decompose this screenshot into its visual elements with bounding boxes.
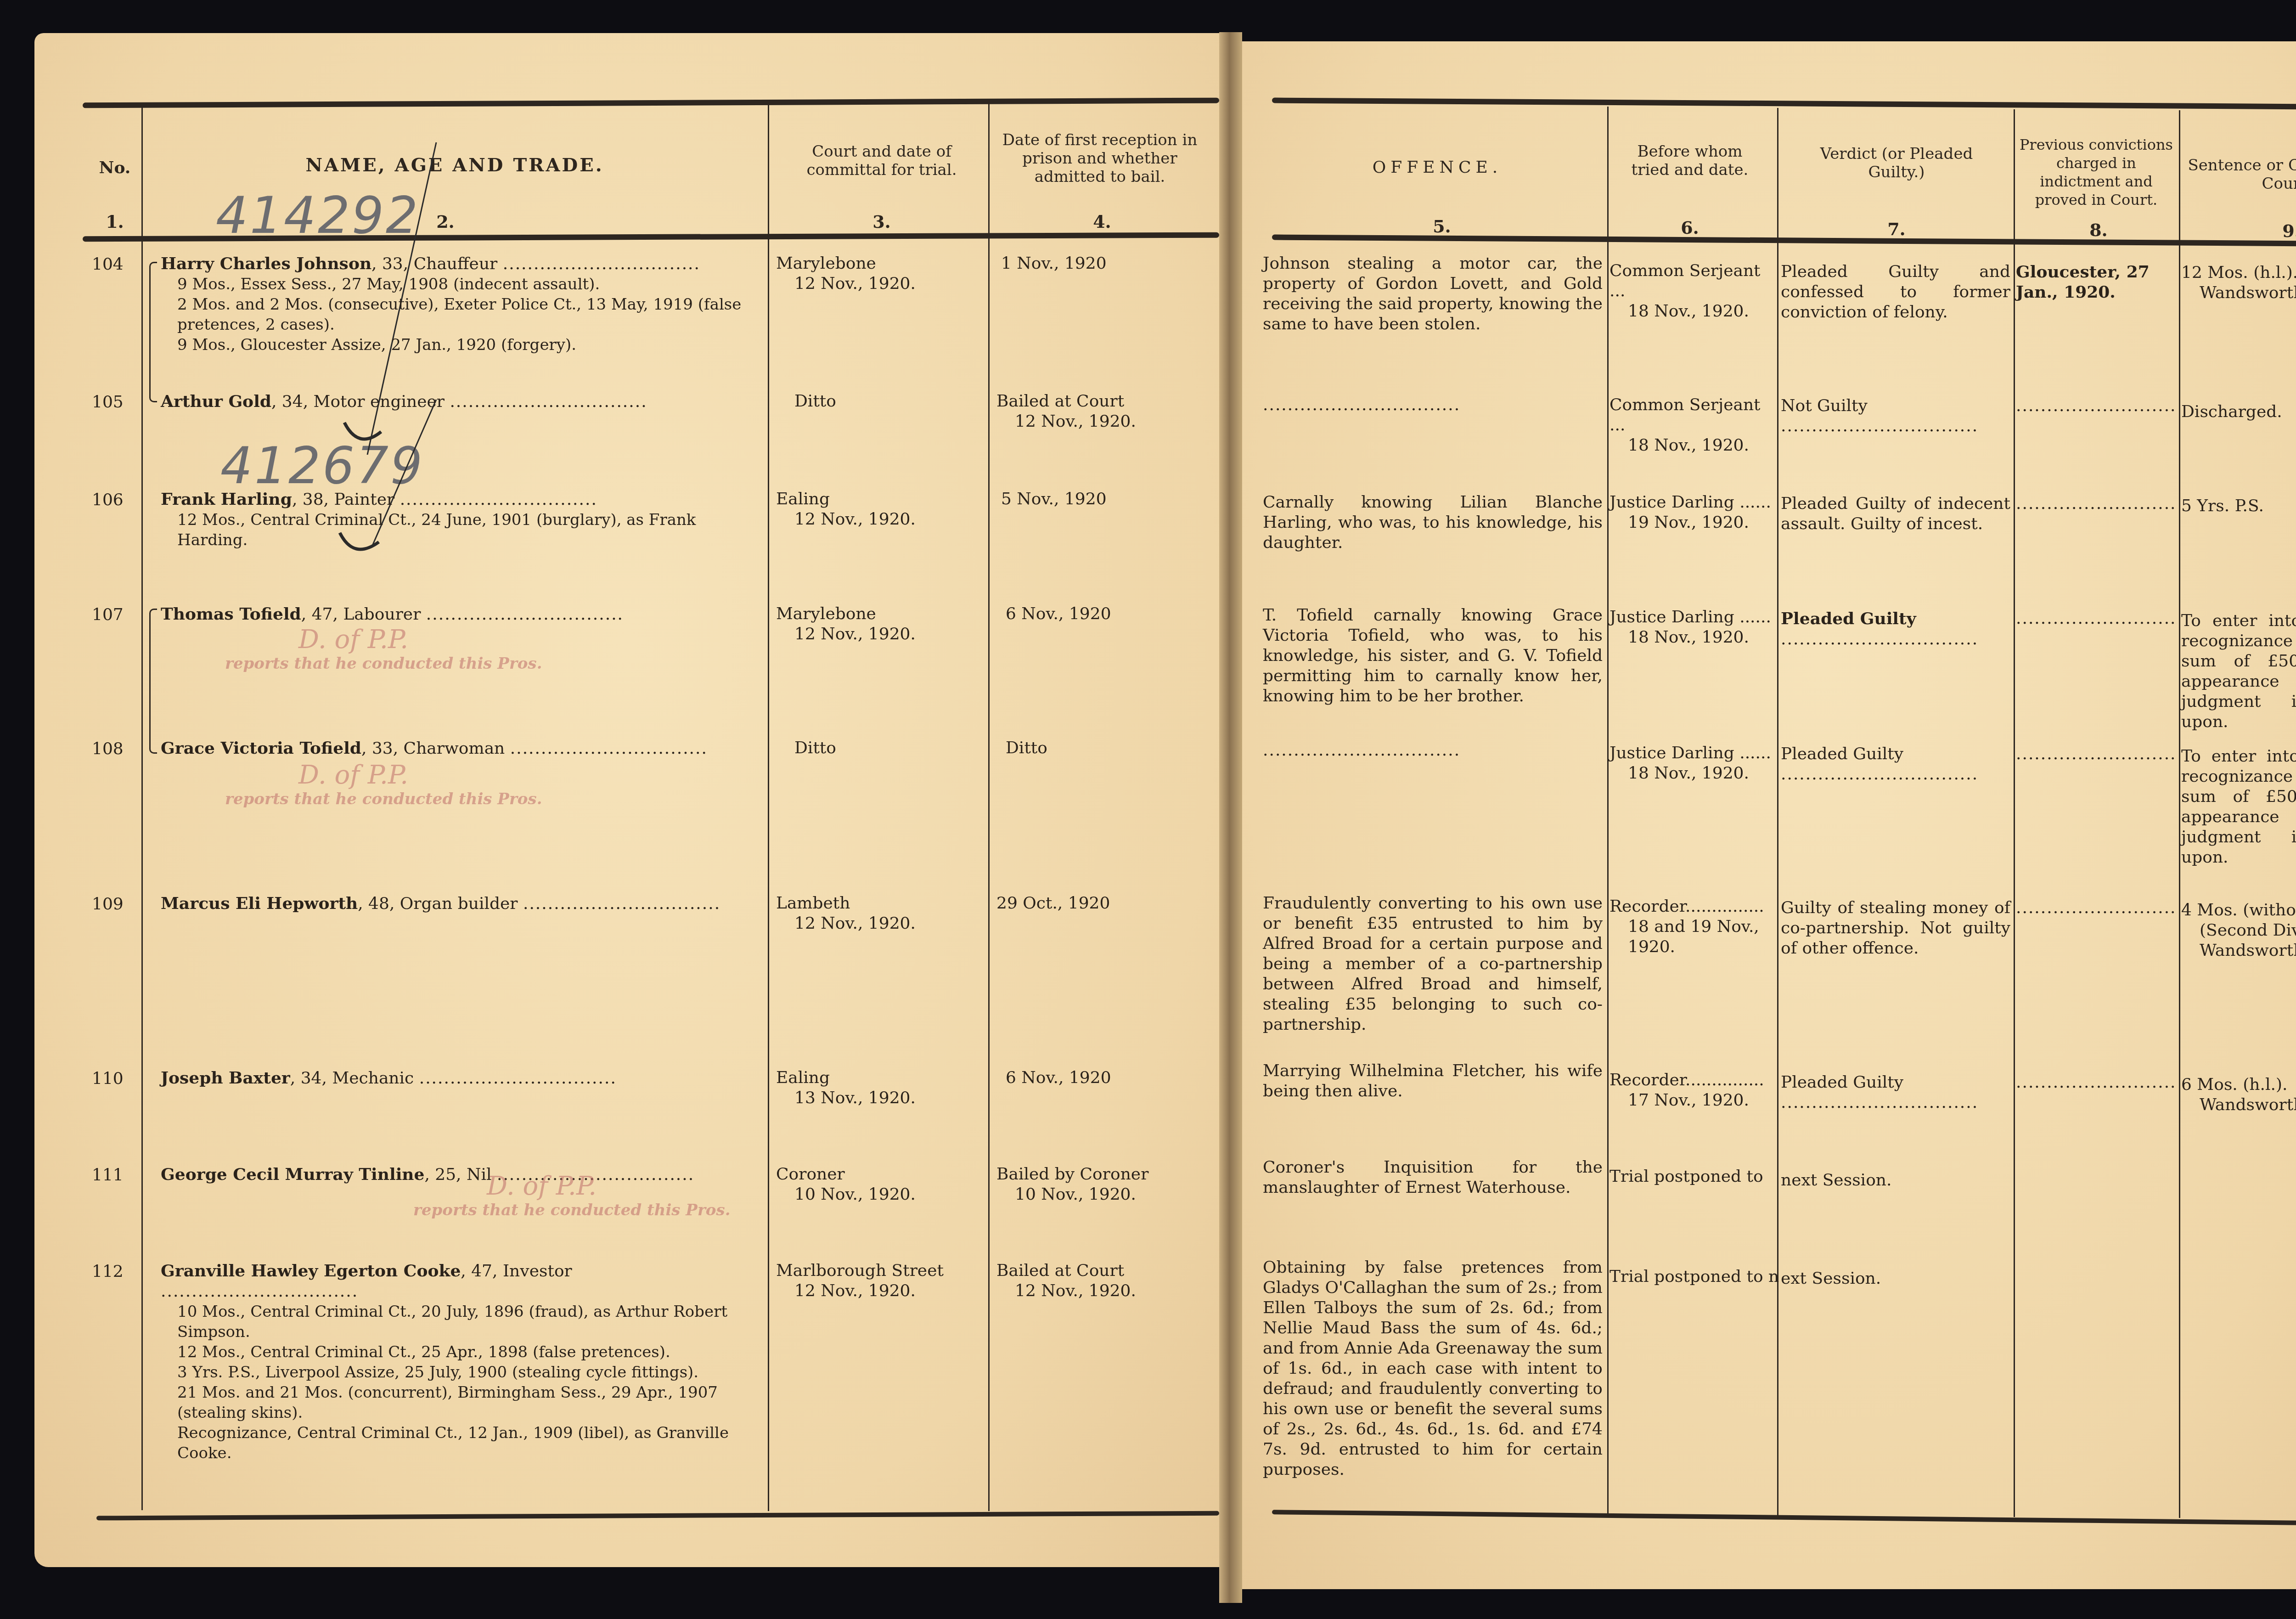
reception-cell: 6 Nov., 1920 bbox=[1006, 604, 1212, 624]
column-number-1: 1. bbox=[96, 211, 133, 232]
court-name: Ditto bbox=[794, 392, 836, 411]
offence-cell: Obtaining by false pretences from Gladys… bbox=[1263, 1258, 1603, 1480]
dpp-stamp: D. of P.P. reports that he conducted thi… bbox=[413, 1171, 730, 1219]
row-number: 106 bbox=[92, 491, 124, 509]
reception-cell: Bailed at Court12 Nov., 1920. bbox=[996, 391, 1212, 432]
committal-date: 12 Nov., 1920. bbox=[776, 1281, 983, 1301]
column-number-8: 8. bbox=[2080, 220, 2117, 240]
verdict-cell: Pleaded Guilty and confessed to former c… bbox=[1781, 262, 2010, 322]
header-name-age-trade: NAME, AGE AND TRADE. bbox=[147, 156, 762, 175]
verdict-cell: Pleaded Guilty of indecent assault. Guil… bbox=[1781, 494, 2010, 534]
committal-date: 12 Nov., 1920. bbox=[776, 914, 983, 934]
dpp-stamp: D. of P.P. reports that he conducted thi… bbox=[225, 760, 542, 808]
header-offence: OFFENCE. bbox=[1277, 158, 1598, 177]
prisoner-age-trade: , 47, Investor bbox=[461, 1262, 572, 1281]
reception-date: 1 Nov., 1920 bbox=[1001, 254, 1107, 273]
previous-conviction: 9 Mos., Essex Sess., 27 May, 1908 (indec… bbox=[161, 274, 762, 294]
prisoner-entry: Thomas Tofield, 47, Labourer ...........… bbox=[161, 604, 762, 625]
prisoner-name: Granville Hawley Egerton Cooke bbox=[161, 1261, 461, 1281]
dot-leader: ................................ bbox=[419, 1069, 617, 1088]
row-number: 105 bbox=[92, 393, 124, 412]
dpp-stamp: D. of P.P. reports that he conducted thi… bbox=[225, 625, 542, 673]
prisoner-entry: Arthur Gold, 34, Motor engineer ........… bbox=[161, 391, 762, 412]
reception-date: 29 Oct., 1920 bbox=[996, 894, 1110, 913]
row-number: 108 bbox=[92, 739, 124, 758]
prisoner-age-trade: , 38, Painter bbox=[292, 490, 394, 509]
prisoner-age-trade: , 33, Charwoman bbox=[361, 739, 505, 758]
column-number-7: 7. bbox=[1878, 219, 1915, 239]
column-number-5: 5. bbox=[1424, 216, 1460, 237]
court-name: Marylebone bbox=[776, 604, 876, 623]
header-reception: Date of first reception in prison and wh… bbox=[996, 131, 1203, 186]
sentence-cell: 6 Mos. (h.l.).Wandsworth Prison. bbox=[2181, 1075, 2296, 1115]
dot-leader: ................................ bbox=[510, 739, 708, 758]
verdict-cell: Pleaded Guilty .........................… bbox=[1781, 609, 2010, 649]
sentence-cell: To enter into his own recognizance in th… bbox=[2181, 611, 2296, 732]
previous-proved-cell: ................................ bbox=[2016, 494, 2177, 514]
prisoner-entry: Harry Charles Johnson, 33, Chauffeur ...… bbox=[161, 254, 762, 355]
bail-date: 12 Nov., 1920. bbox=[996, 412, 1212, 432]
reception-cell: 29 Oct., 1920 bbox=[996, 893, 1212, 914]
committal-date: 10 Nov., 1920. bbox=[776, 1185, 983, 1205]
row-number: 107 bbox=[92, 605, 124, 624]
bail-date: 10 Nov., 1920. bbox=[996, 1185, 1212, 1205]
court-cell: Ditto bbox=[794, 738, 987, 758]
court-cell: Marylebone12 Nov., 1920. bbox=[776, 604, 983, 644]
reception-status: Bailed at Court bbox=[996, 1261, 1124, 1280]
reception-date: Ditto bbox=[1006, 739, 1047, 757]
offence-cell: T. Tofield carnally knowing Grace Victor… bbox=[1263, 605, 1603, 706]
prisoner-age-trade: , 34, Mechanic bbox=[290, 1069, 414, 1088]
reception-date: 5 Nov., 1920 bbox=[1001, 490, 1107, 508]
previous-proved-cell: Gloucester, 27 Jan., 1920. bbox=[2016, 262, 2177, 302]
reception-cell: 5 Nov., 1920 bbox=[1001, 489, 1212, 509]
court-name: Ealing bbox=[776, 1068, 830, 1087]
reception-cell: Bailed at Court12 Nov., 1920. bbox=[996, 1261, 1212, 1301]
before-whom-cell: Common Serjeant ...18 Nov., 1920. bbox=[1609, 395, 1775, 456]
dot-leader: ................................ bbox=[503, 254, 700, 273]
header-before-whom: Before whom tried and date. bbox=[1621, 142, 1759, 179]
verdict-cell: Not Guilty .............................… bbox=[1781, 396, 2010, 436]
dot-leader: ................................ bbox=[523, 894, 720, 913]
reception-cell: 1 Nov., 1920 bbox=[1001, 254, 1212, 274]
verdict-cell: Pleaded Guilty .........................… bbox=[1781, 744, 2010, 784]
offence-cell: Johnson stealing a motor car, the proper… bbox=[1263, 254, 1603, 334]
offence-cell: Marrying Wilhelmina Fletcher, his wife b… bbox=[1263, 1061, 1603, 1101]
row-group-brace bbox=[149, 609, 157, 754]
header-sentence: Sentence or Order of the Court. bbox=[2186, 156, 2296, 193]
prisoner-entry: Grace Victoria Tofield, 33, Charwoman ..… bbox=[161, 738, 762, 759]
previous-conviction: 12 Mos., Central Criminal Ct., 25 Apr., … bbox=[161, 1342, 762, 1362]
reception-cell: Ditto bbox=[1006, 738, 1212, 758]
sentence-cell: To enter into her own recognizance in th… bbox=[2181, 746, 2296, 868]
row-number: 104 bbox=[92, 255, 124, 274]
row-number: 110 bbox=[92, 1069, 124, 1088]
right-col-divider-3 bbox=[2014, 109, 2015, 1517]
left-col-divider-2 bbox=[768, 103, 769, 1511]
court-name: Ditto bbox=[794, 739, 836, 757]
prisoner-entry: Joseph Baxter, 34, Mechanic ............… bbox=[161, 1068, 762, 1089]
before-whom-cell: Justice Darling ......18 Nov., 1920. bbox=[1609, 743, 1775, 784]
previous-conviction: 21 Mos. and 21 Mos. (concurrent), Birmin… bbox=[161, 1382, 762, 1423]
header-previous-convictions: Previous convictions charged in indictme… bbox=[2018, 135, 2174, 209]
sentence-cell: 4 Mos. (without h.l.).(Second Division.)… bbox=[2181, 900, 2296, 961]
prisoner-age-trade: , 48, Organ builder bbox=[358, 894, 518, 913]
court-cell: Ealing12 Nov., 1920. bbox=[776, 489, 983, 530]
prisoner-age-trade: , 47, Labourer bbox=[301, 605, 421, 624]
before-whom-cell: Recorder...............18 and 19 Nov., 1… bbox=[1609, 897, 1775, 957]
bail-date: 12 Nov., 1920. bbox=[996, 1281, 1212, 1301]
prisoner-name: Marcus Eli Hepworth bbox=[161, 894, 358, 913]
column-number-6: 6. bbox=[1671, 217, 1708, 238]
column-number-9: 9. bbox=[2273, 220, 2296, 241]
previous-conviction: 10 Mos., Central Criminal Ct., 20 July, … bbox=[161, 1302, 762, 1342]
dot-leader: ................................ bbox=[450, 392, 647, 411]
before-whom-cell: Trial postponed to n bbox=[1609, 1267, 1779, 1287]
header-no: No. bbox=[92, 158, 138, 177]
court-name: Ealing bbox=[776, 490, 830, 508]
column-number-3: 3. bbox=[863, 211, 900, 232]
committal-date: 12 Nov., 1920. bbox=[776, 509, 983, 530]
verdict-cell: Pleaded Guilty .........................… bbox=[1781, 1072, 2010, 1113]
previous-conviction: 9 Mos., Gloucester Assize, 27 Jan., 1920… bbox=[161, 335, 762, 355]
sentence-cell: 12 Mos. (h.l.).Wandsworth Prison. bbox=[2181, 263, 2296, 303]
reception-cell: 6 Nov., 1920 bbox=[1006, 1068, 1212, 1088]
row-number: 112 bbox=[92, 1262, 124, 1281]
reception-cell: Bailed by Coroner10 Nov., 1920. bbox=[996, 1164, 1212, 1205]
offence-cell-empty: ................................ bbox=[1263, 740, 1603, 761]
dot-leader: ................................ bbox=[400, 490, 597, 509]
prisoner-entry: Frank Harling, 38, Painter .............… bbox=[161, 489, 762, 550]
court-name: Lambeth bbox=[776, 894, 850, 913]
previous-conviction: 3 Yrs. P.S., Liverpool Assize, 25 July, … bbox=[161, 1362, 762, 1382]
column-number-4: 4. bbox=[1084, 211, 1120, 232]
previous-proved-cell: ................................ bbox=[2016, 609, 2177, 629]
committal-date: 12 Nov., 1920. bbox=[776, 274, 983, 294]
previous-proved-cell: ................................ bbox=[2016, 898, 2177, 918]
row-number: 109 bbox=[92, 895, 124, 914]
court-name: Marlborough Street bbox=[776, 1261, 944, 1280]
before-whom-cell: Recorder...............17 Nov., 1920. bbox=[1609, 1070, 1775, 1111]
previous-conviction: 2 Mos. and 2 Mos. (consecutive), Exeter … bbox=[161, 294, 762, 335]
verdict-cell: ext Session. bbox=[1781, 1269, 2010, 1289]
court-cell: Lambeth12 Nov., 1920. bbox=[776, 893, 983, 934]
prisoner-age-trade: , 33, Chauffeur bbox=[371, 254, 497, 273]
court-cell: Ealing13 Nov., 1920. bbox=[776, 1068, 983, 1108]
row-group-brace bbox=[149, 262, 157, 402]
dot-leader: ................................ bbox=[426, 605, 624, 624]
previous-proved-cell: ................................ bbox=[2016, 744, 2177, 764]
dot-leader: ................................ bbox=[161, 1282, 358, 1301]
before-whom-cell: Common Serjeant ...18 Nov., 1920. bbox=[1609, 261, 1775, 322]
prisoner-name: Grace Victoria Tofield bbox=[161, 739, 361, 758]
left-col-divider-1 bbox=[141, 105, 143, 1510]
before-whom-cell: Justice Darling ......19 Nov., 1920. bbox=[1609, 492, 1775, 533]
reception-status: Bailed at Court bbox=[996, 392, 1124, 411]
court-cell: Marlborough Street12 Nov., 1920. bbox=[776, 1261, 983, 1301]
before-whom-cell: Trial postponed to bbox=[1609, 1167, 1775, 1187]
sentence-cell: Discharged. bbox=[2181, 402, 2296, 422]
verdict-cell: next Session. bbox=[1781, 1170, 2010, 1190]
reception-date: 6 Nov., 1920 bbox=[1006, 1068, 1111, 1087]
sentence-cell: 5 Yrs. P.S. bbox=[2181, 496, 2296, 516]
court-cell: Ditto bbox=[794, 391, 987, 412]
left-col-divider-3 bbox=[988, 103, 990, 1511]
right-col-divider-2 bbox=[1777, 108, 1778, 1516]
court-cell: Coroner10 Nov., 1920. bbox=[776, 1164, 983, 1205]
prisoner-name: Harry Charles Johnson bbox=[161, 254, 371, 273]
committal-date: 12 Nov., 1920. bbox=[776, 624, 983, 644]
verdict-cell: Guilty of stealing money of co-partnersh… bbox=[1781, 898, 2010, 959]
prisoner-name: Arthur Gold bbox=[161, 392, 271, 411]
previous-conviction: Recognizance, Central Criminal Ct., 12 J… bbox=[161, 1423, 762, 1463]
prisoner-entry: Marcus Eli Hepworth, 48, Organ builder .… bbox=[161, 893, 762, 914]
prisoner-name: George Cecil Murray Tinline bbox=[161, 1165, 424, 1184]
reception-date: 6 Nov., 1920 bbox=[1006, 604, 1111, 623]
previous-proved-cell: ................................ bbox=[2016, 396, 2177, 416]
offence-cell: Fraudulently converting to his own use o… bbox=[1263, 893, 1603, 1035]
committal-date: 13 Nov., 1920. bbox=[776, 1088, 983, 1108]
offence-cell-empty: ................................ bbox=[1263, 395, 1603, 415]
reception-status: Bailed by Coroner bbox=[996, 1165, 1148, 1184]
header-court: Court and date of committal for trial. bbox=[790, 142, 974, 179]
prisoner-name: Joseph Baxter bbox=[161, 1068, 290, 1088]
previous-conviction: 12 Mos., Central Criminal Ct., 24 June, … bbox=[161, 510, 762, 550]
right-col-divider-4 bbox=[2179, 110, 2180, 1518]
previous-proved-cell: ................................ bbox=[2016, 1072, 2177, 1093]
offence-cell: Coroner's Inquisition for the manslaught… bbox=[1263, 1157, 1603, 1198]
header-verdict: Verdict (or Pleaded Guilty.) bbox=[1800, 145, 1993, 181]
prisoner-entry: Granville Hawley Egerton Cooke, 47, Inve… bbox=[161, 1261, 762, 1463]
court-name: Coroner bbox=[776, 1165, 845, 1184]
prisoner-name: Frank Harling bbox=[161, 490, 292, 509]
right-col-divider-1 bbox=[1607, 107, 1609, 1514]
before-whom-cell: Justice Darling ......18 Nov., 1920. bbox=[1609, 607, 1775, 648]
court-name: Marylebone bbox=[776, 254, 876, 273]
court-cell: Marylebone12 Nov., 1920. bbox=[776, 254, 983, 294]
offence-cell: Carnally knowing Lilian Blanche Harling,… bbox=[1263, 492, 1603, 553]
book-gutter bbox=[1219, 32, 1242, 1603]
row-number: 111 bbox=[92, 1166, 124, 1185]
prisoner-age-trade: , 34, Motor engineer bbox=[271, 392, 445, 411]
prisoner-name: Thomas Tofield bbox=[161, 604, 301, 624]
